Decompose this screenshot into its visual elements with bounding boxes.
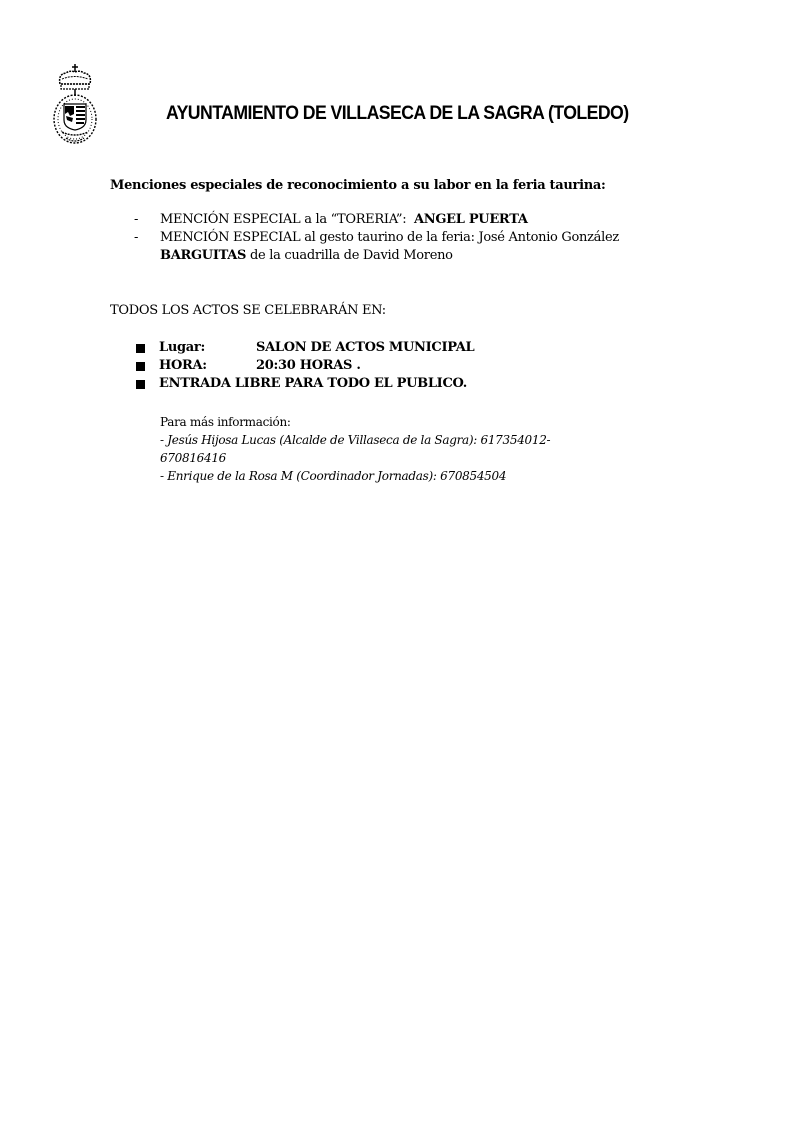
- acts-details-list: Lugar: SALON DE ACTOS MUNICIPAL HORA: 20…: [136, 339, 586, 393]
- mention-text: MENCIÓN ESPECIAL al gesto taurino de la …: [160, 229, 700, 247]
- contact-line: - Enrique de la Rosa M (Coordinador Jorn…: [160, 467, 660, 485]
- detail-value: 20:30 HORAS .: [256, 357, 361, 375]
- document-title: AYUNTAMIENTO DE VILLASECA DE LA SAGRA (T…: [166, 103, 650, 125]
- mention-text: MENCIÓN ESPECIAL a la “TORERIA”:: [160, 212, 406, 227]
- detail-label: ENTRADA LIBRE PARA TODO EL PUBLICO.: [159, 375, 467, 393]
- list-item: Lugar: SALON DE ACTOS MUNICIPAL: [136, 339, 586, 357]
- list-item: ENTRADA LIBRE PARA TODO EL PUBLICO.: [136, 375, 586, 393]
- mentions-heading: Menciones especiales de reconocimiento a…: [110, 177, 606, 195]
- black-square-bullet-icon: [136, 380, 145, 389]
- contact-line: - Jesús Hijosa Lucas (Alcalde de Villase…: [160, 431, 660, 449]
- mention-honoree: BARGUITAS: [160, 248, 246, 263]
- detail-label: HORA:: [159, 357, 256, 375]
- mention-continuation: de la cuadrilla de David Moreno: [250, 248, 453, 263]
- contact-info-heading: Para más información:: [160, 413, 660, 431]
- dash-bullet: -: [134, 229, 160, 247]
- dash-bullet: -: [134, 211, 160, 229]
- black-square-bullet-icon: [136, 362, 145, 371]
- contact-info: Para más información: - Jesús Hijosa Luc…: [160, 413, 660, 485]
- detail-label: Lugar:: [159, 339, 256, 357]
- mention-honoree: ANGEL PUERTA: [414, 212, 528, 227]
- black-square-bullet-icon: [136, 344, 145, 353]
- municipal-coat-of-arms-icon: [52, 64, 98, 146]
- list-item: HORA: 20:30 HORAS .: [136, 357, 586, 375]
- contact-line: 670816416: [160, 449, 660, 467]
- mentions-list: - MENCIÓN ESPECIAL a la “TORERIA”: ANGEL…: [134, 211, 700, 265]
- list-item: - MENCIÓN ESPECIAL a la “TORERIA”: ANGEL…: [134, 211, 700, 229]
- acts-heading: TODOS LOS ACTOS SE CELEBRARÁN EN:: [110, 302, 386, 320]
- detail-value: SALON DE ACTOS MUNICIPAL: [256, 339, 474, 357]
- list-item: - MENCIÓN ESPECIAL al gesto taurino de l…: [134, 229, 700, 265]
